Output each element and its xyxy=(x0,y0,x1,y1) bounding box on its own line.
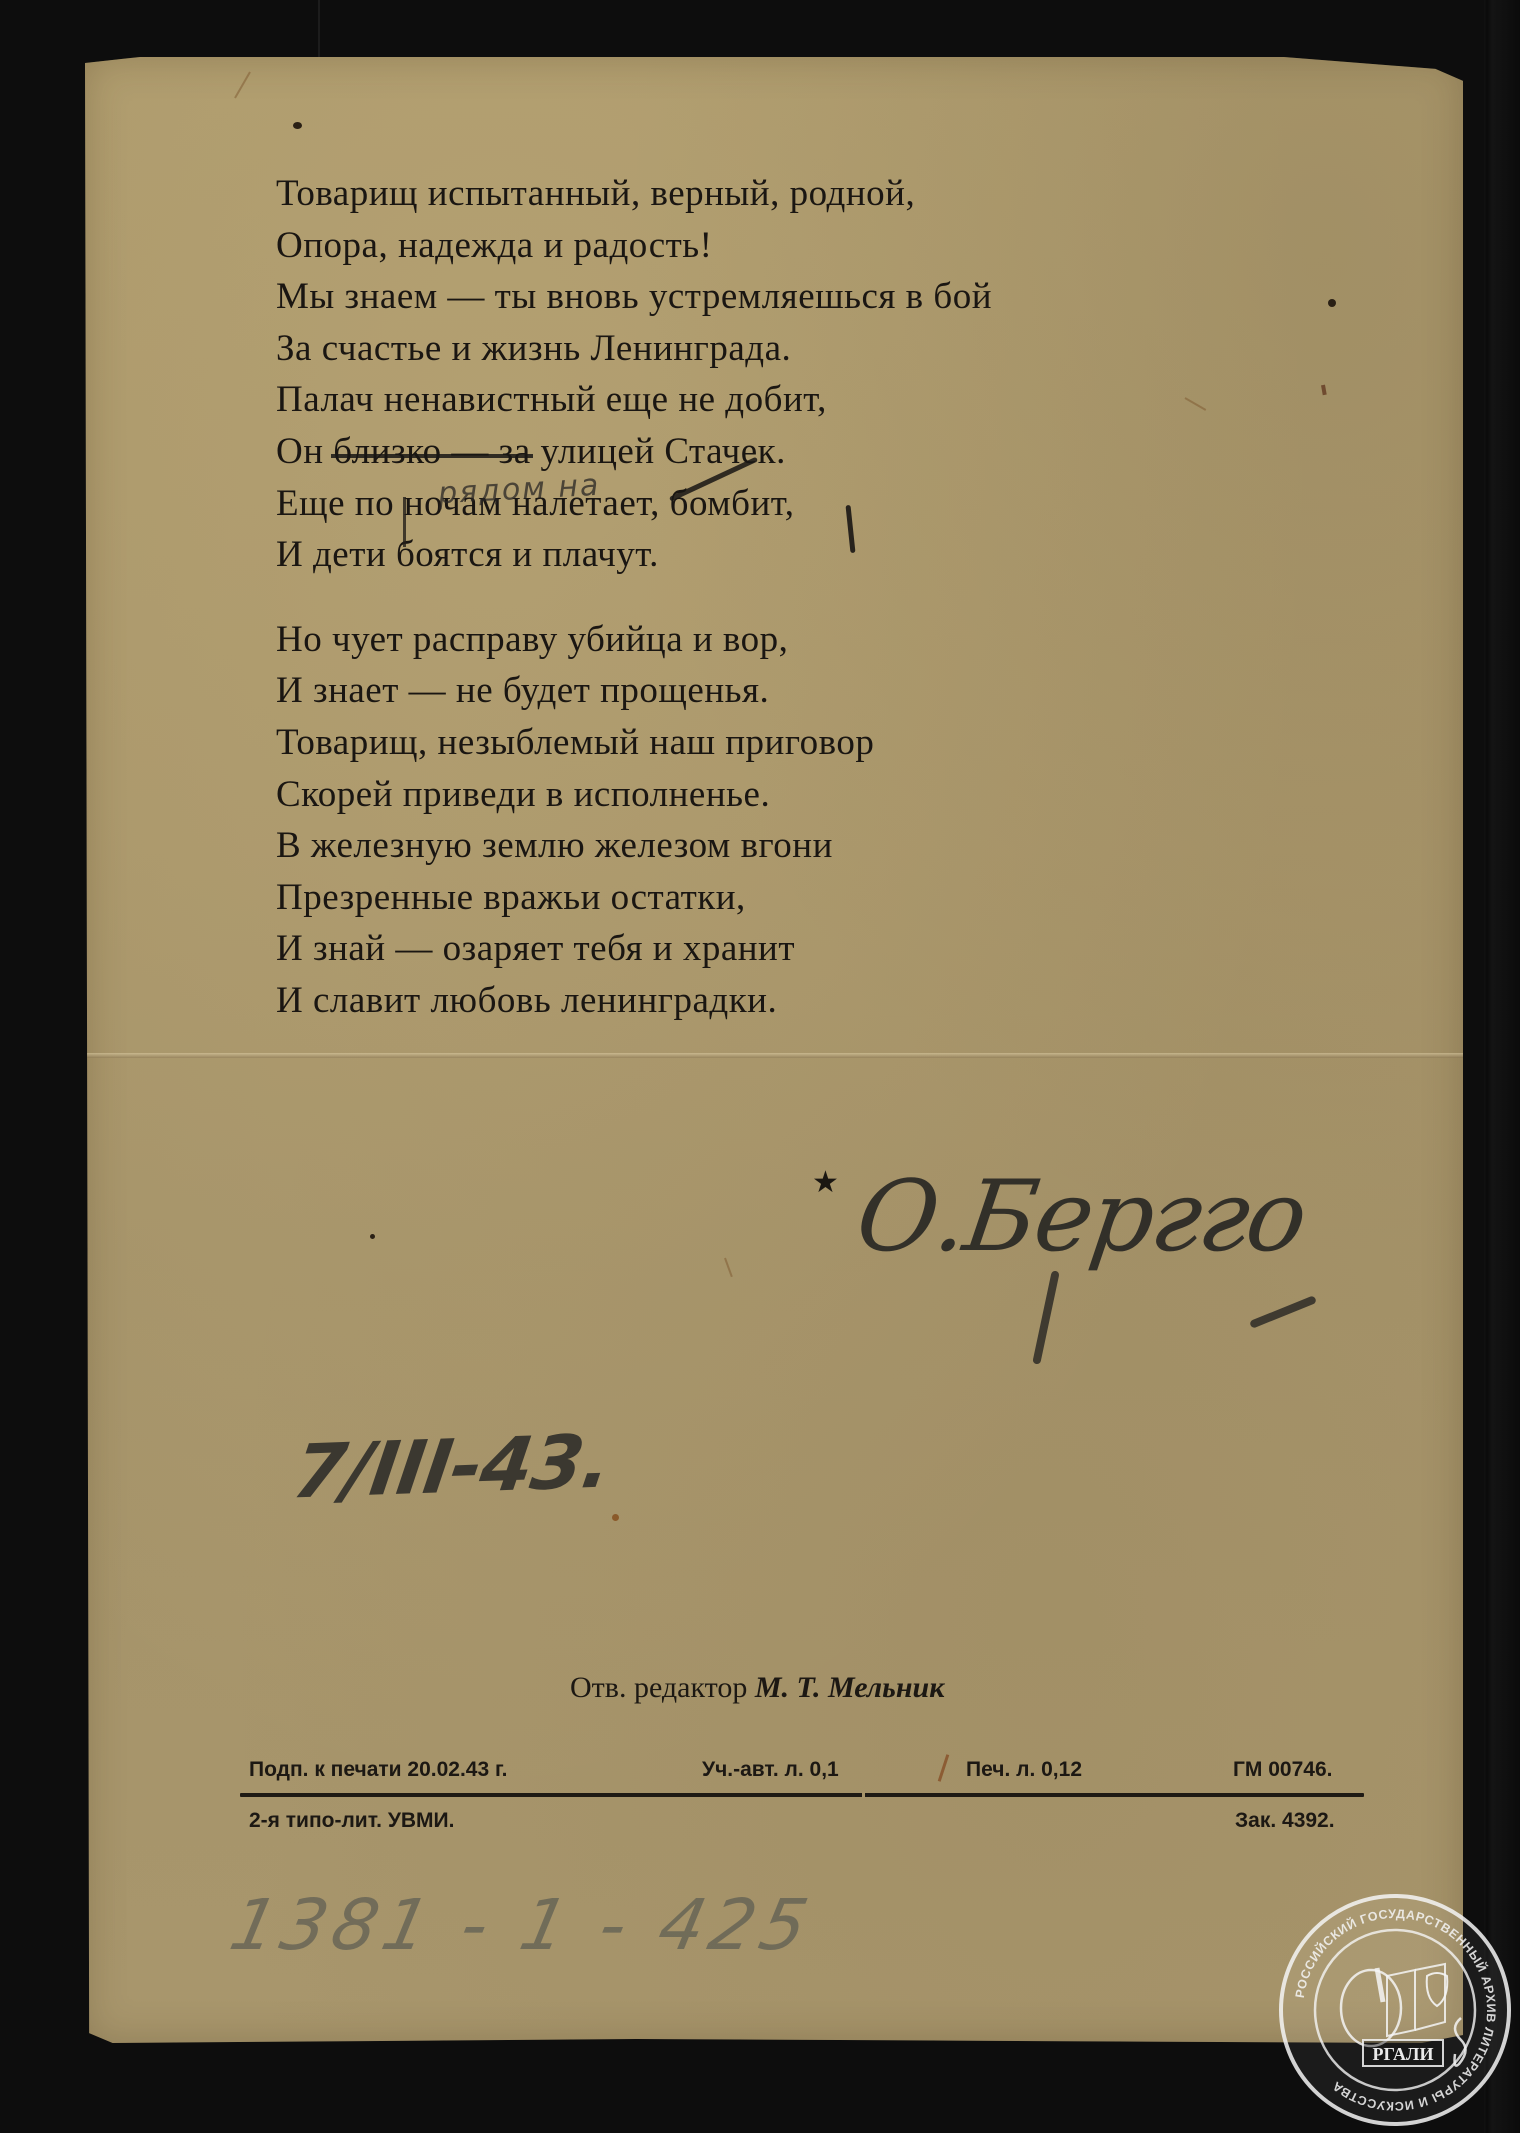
gm-number: ГМ 00746. xyxy=(1233,1758,1332,1782)
poem-stanza-2: Но чует расправу убийца и вор, И знает —… xyxy=(276,614,992,1027)
paper-fold-line xyxy=(85,1053,1463,1058)
rgali-seal-icon: РОССИЙСКИЙ ГОСУДАРСТВЕННЫЙ АРХИВ ЛИТЕРАТ… xyxy=(1275,1890,1515,2130)
archive-stamp: РОССИЙСКИЙ ГОСУДАРСТВЕННЫЙ АРХИВ ЛИТЕРАТ… xyxy=(1275,1890,1515,2130)
poem-line: И дети боятся и плачут. xyxy=(276,529,992,581)
correction-mark xyxy=(403,497,406,547)
svg-text:РГАЛИ: РГАЛИ xyxy=(1373,2044,1434,2064)
imprint-divider-gap xyxy=(862,1792,865,1798)
printer: 2-я типо-лит. УВМИ. xyxy=(249,1809,454,1833)
editor-name: М. Т. Мельник xyxy=(755,1671,945,1704)
print-sheets: Печ. л. 0,12 xyxy=(966,1758,1082,1782)
scanner-background-strip xyxy=(1484,0,1520,2133)
poem-line: В железную землю железом вгони xyxy=(276,820,992,872)
editor-label: Отв. редактор xyxy=(570,1671,747,1704)
paper-speck xyxy=(1328,299,1336,307)
paper-fiber xyxy=(234,72,251,99)
poem-line: И знает — не будет прощенья. xyxy=(276,665,992,717)
poem-line: Еще по ночам налетает, бомбит, xyxy=(276,478,992,530)
paper-speck xyxy=(293,122,302,129)
poem-line: Но чует расправу убийца и вор, xyxy=(276,614,992,666)
imprint-divider xyxy=(240,1793,1364,1797)
handwritten-date: 7/III-43. xyxy=(289,1425,615,1510)
poem-line: Товарищ, незыблемый наш приговор xyxy=(276,717,992,769)
line-prefix: Он xyxy=(276,431,333,472)
paper-fiber xyxy=(724,1258,733,1277)
poem-stanza-1: Товарищ испытанный, верный, родной, Опор… xyxy=(276,168,992,581)
scanner-seam xyxy=(318,0,320,57)
poem-line: Мы знаем — ты вновь устремляешься в бой xyxy=(276,271,992,323)
paper-fiber xyxy=(1321,385,1327,396)
poem-line: За счастье и жизнь Ленинграда. xyxy=(276,323,992,375)
poem-line: Палач ненавистный еще не добит, xyxy=(276,374,992,426)
order-number: Зак. 4392. xyxy=(1235,1809,1335,1833)
editor-credit: Отв. редактор М. Т. Мельник xyxy=(570,1671,944,1705)
poem-line: Презренные вражьи остатки, xyxy=(276,872,992,924)
struck-text: близко — за xyxy=(333,431,530,472)
author-signature: О.Бергго xyxy=(851,1168,1311,1266)
paper-speck xyxy=(612,1514,619,1521)
poem-line: Опора, надежда и радость! xyxy=(276,220,992,272)
paper-fiber xyxy=(1185,397,1207,411)
poem-line: И славит любовь ленинградки. xyxy=(276,975,992,1027)
poem-line-corrected: Он близко — за улицей Стачек. xyxy=(276,426,992,478)
archive-shelfmark: 1381 - 1 - 425 xyxy=(225,1890,820,1960)
star-icon: ★ xyxy=(812,1168,839,1198)
poem-line: И знай — озаряет тебя и хранит xyxy=(276,923,992,975)
signed-for-print: Подп. к печати 20.02.43 г. xyxy=(249,1758,507,1782)
paper-speck xyxy=(370,1234,375,1239)
author-sheets: Уч.-авт. л. 0,1 xyxy=(702,1758,839,1782)
poem-line: Товарищ испытанный, верный, родной, xyxy=(276,168,992,220)
poem-line: Скорей приведи в исполненье. xyxy=(276,769,992,821)
poem-body: Товарищ испытанный, верный, родной, Опор… xyxy=(276,168,992,1027)
